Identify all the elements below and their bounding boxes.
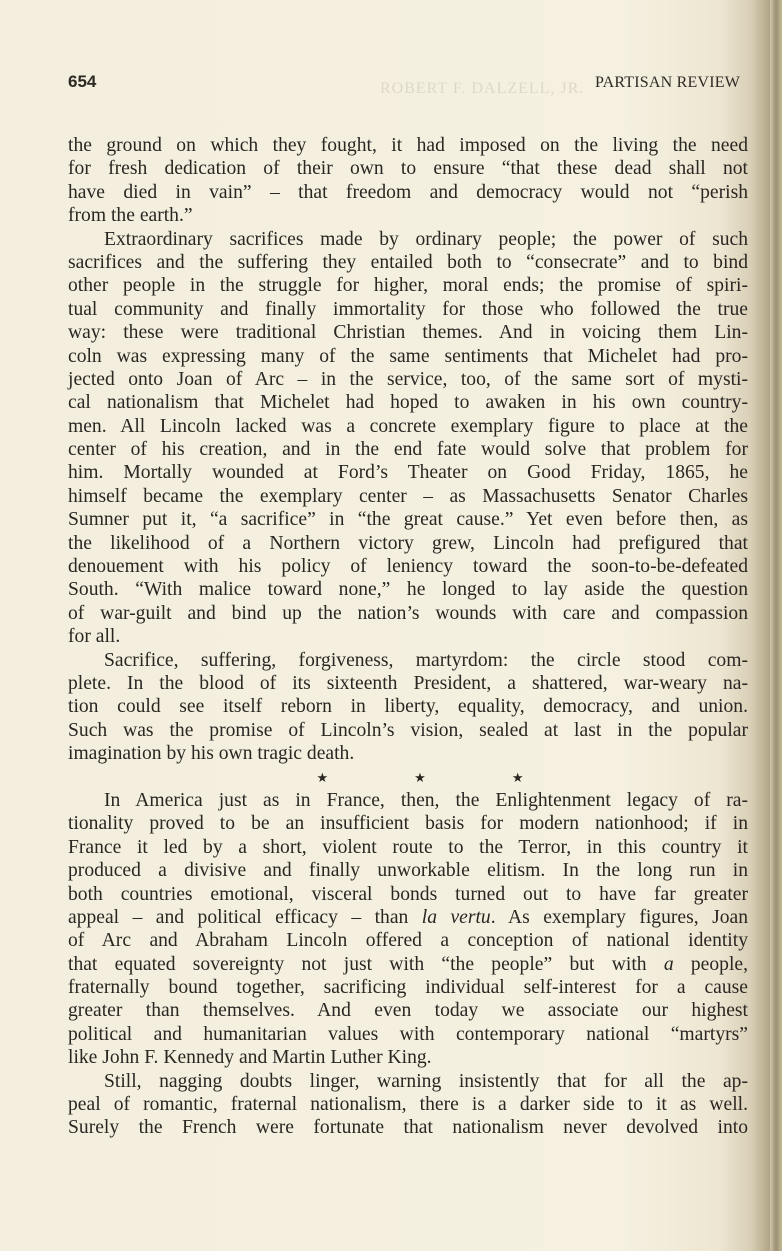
text-part-2: In America just as in France, then, the … xyxy=(68,789,748,1140)
text-line: for fresh dedication of their own to ens… xyxy=(68,157,748,180)
text-line: imagination by his own tragic death. xyxy=(68,742,748,765)
text-line: peal of romantic, fraternal nationalism,… xyxy=(68,1093,748,1116)
text-line: coln was expressing many of the same sen… xyxy=(68,345,748,368)
star-icon: ★ xyxy=(414,766,426,789)
text-line: the likelihood of a Northern victory gre… xyxy=(68,532,748,555)
text-line: plete. In the blood of its sixteenth Pre… xyxy=(68,672,748,695)
text-line: both countries emotional, visceral bonds… xyxy=(68,883,748,906)
text-part-1: the ground on which they fought, it had … xyxy=(68,134,748,766)
text-line: greater than themselves. And even today … xyxy=(68,999,748,1022)
text-line: center of his creation, and in the end f… xyxy=(68,438,748,461)
text-line: Sumner put it, “a sacrifice” in “the gre… xyxy=(68,508,748,531)
text-line: South. “With malice toward none,” he lon… xyxy=(68,578,748,601)
page-header: 654 PARTISAN REVIEW xyxy=(68,72,740,92)
body-text: the ground on which they fought, it had … xyxy=(68,134,748,1140)
text-line: Still, nagging doubts linger, warning in… xyxy=(68,1070,748,1093)
text-line: Surely the French were fortunate that na… xyxy=(68,1116,748,1139)
text-line: Extraordinary sacrifices made by ordinar… xyxy=(68,228,748,251)
text-line: appeal – and political efficacy – than l… xyxy=(68,906,748,929)
text-line: tual community and finally immortality f… xyxy=(68,298,748,321)
text-line: of war-guilt and bind up the nation’s wo… xyxy=(68,602,748,625)
text-line: other people in the struggle for higher,… xyxy=(68,274,748,297)
running-head: PARTISAN REVIEW xyxy=(595,74,740,92)
text-line: In America just as in France, then, the … xyxy=(68,789,748,812)
text-line: tionality proved to be an insufficient b… xyxy=(68,812,748,835)
text-line: have died in vain” – that freedom and de… xyxy=(68,181,748,204)
text-line: produced a divisive and finally unworkab… xyxy=(68,859,748,882)
text-line: like John F. Kennedy and Martin Luther K… xyxy=(68,1046,748,1069)
text-line: France it led by a short, violent route … xyxy=(68,836,748,859)
text-line: for all. xyxy=(68,625,748,648)
text-line: men. All Lincoln lacked was a concrete e… xyxy=(68,415,748,438)
section-break: ★ ★ ★ xyxy=(68,766,748,789)
text-line: of Arc and Abraham Lincoln offered a con… xyxy=(68,929,748,952)
text-line: jected onto Joan of Arc – in the service… xyxy=(68,368,748,391)
star-icon: ★ xyxy=(512,766,524,789)
text-line: Such was the promise of Lincoln’s vision… xyxy=(68,719,748,742)
text-line: way: these were traditional Christian th… xyxy=(68,321,748,344)
text-line: political and humanitarian values with c… xyxy=(68,1023,748,1046)
book-spine-edge xyxy=(770,0,782,1251)
text-line: denouement with his policy of leniency t… xyxy=(68,555,748,578)
text-line: himself became the exemplary center – as… xyxy=(68,485,748,508)
page-number: 654 xyxy=(68,72,96,92)
text-line: sacrifices and the suffering they entail… xyxy=(68,251,748,274)
text-line: the ground on which they fought, it had … xyxy=(68,134,748,157)
text-line: cal nationalism that Michelet had hoped … xyxy=(68,391,748,414)
text-line: Sacrifice, suffering, forgiveness, marty… xyxy=(68,649,748,672)
text-line: that equated sovereignty not just with “… xyxy=(68,953,748,976)
text-line: from the earth.” xyxy=(68,204,748,227)
star-icon: ★ xyxy=(317,766,329,789)
text-line: him. Mortally wounded at Ford’s Theater … xyxy=(68,461,748,484)
text-line: fraternally bound together, sacrificing … xyxy=(68,976,748,999)
text-line: tion could see itself reborn in liberty,… xyxy=(68,695,748,718)
